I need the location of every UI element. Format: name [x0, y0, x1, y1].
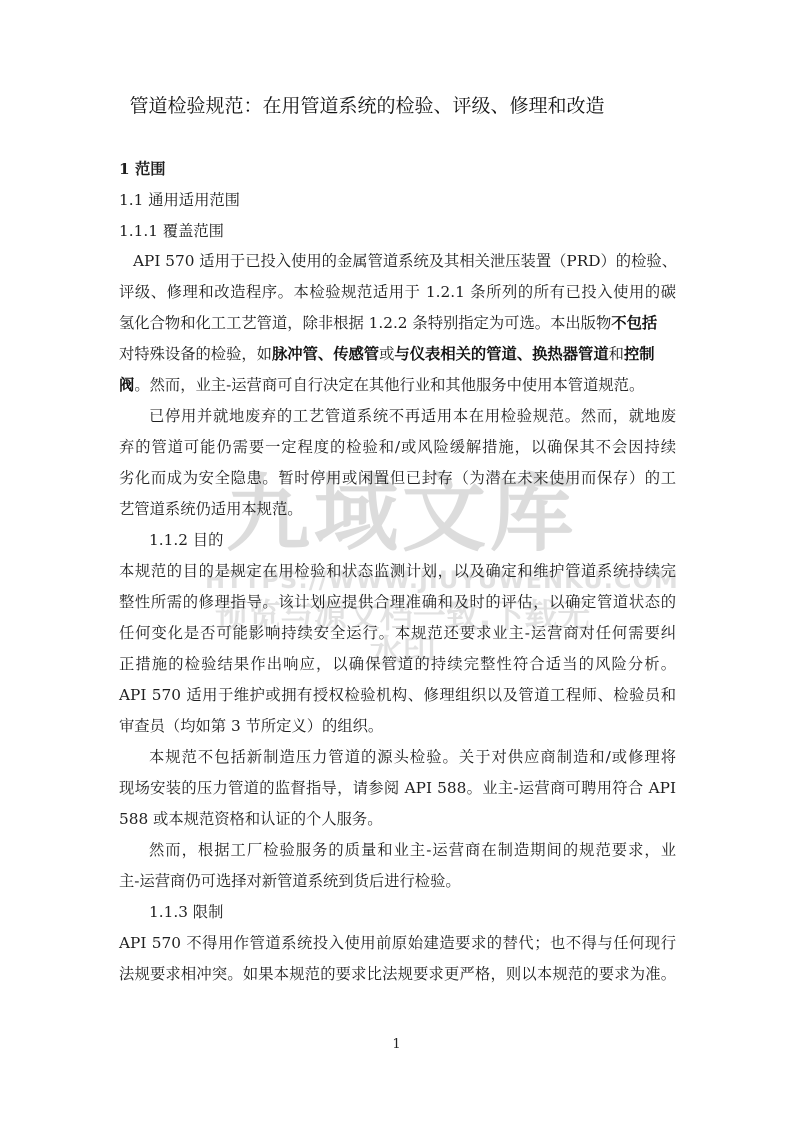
emphasis-text: 脉冲管	[272, 345, 318, 363]
paragraph-line: 对特殊设备的检验，如脉冲管、传感管或与仪表相关的管道、换热器管道和控制	[119, 344, 676, 364]
text-run: 和	[609, 345, 624, 363]
text-run: 、	[318, 345, 333, 363]
paragraph-line: 主-运营商仍可选择对新管道系统到货后进行检验。	[119, 871, 676, 891]
heading-section-1-1-2: 1.1.2 目的	[149, 530, 706, 550]
paragraph-line: 然而，根据工厂检验服务的质量和业主-运营商在制造期间的规范要求，业	[149, 840, 676, 860]
heading-section-1-1-3: 1.1.3 限制	[149, 902, 706, 922]
paragraph-line: 审查员（均如第 3 节所定义）的组织。	[119, 716, 676, 736]
paragraph-line: 已停用并就地废弃的工艺管道系统不再适用本在用检验规范。然而，就地废	[149, 406, 676, 426]
document-title: 管道检验规范：在用管道系统的检验、评级、修理和改造	[67, 94, 667, 118]
paragraph-line: API 570 适用于维护或拥有授权检验机构、修理组织以及管道工程师、检验员和	[119, 685, 676, 705]
paragraph-line: 整性所需的修理指导。该计划应提供合理准确和及时的评估，以确定管道状态的	[119, 592, 676, 612]
text-run: 。然而，业主-运营商可自行决定在其他行业和其他服务中使用本管道规范。	[134, 376, 644, 394]
emphasis-text: 与仪表相关的管道	[394, 345, 516, 363]
emphasis-text: 换热器管道	[532, 345, 609, 363]
heading-section-1-1: 1.1 通用适用范围	[119, 190, 676, 210]
paragraph-line: 弃的管道可能仍需要一定程度的检验和/或风险缓解措施，以确保其不会因持续	[119, 437, 676, 457]
page-number: 1	[0, 1037, 793, 1053]
heading-section-1-1-1: 1.1.1 覆盖范围	[119, 221, 676, 241]
paragraph-line: 艺管道系统仍适用本规范。	[119, 499, 676, 519]
document-page: 九域文库 HTTPS://WWW.JIUYUWENKU.COM 预览与源文档一致…	[0, 0, 793, 1122]
text-run: 、	[517, 345, 532, 363]
paragraph-line: 法规要求相冲突。如果本规范的要求比法规要求更严格，则以本规范的要求为准。	[119, 964, 676, 984]
paragraph-line: 本规范的目的是规定在用检验和状态监测计划，以及确定和维护管道系统持续完	[119, 561, 676, 581]
emphasis-text: 控制	[624, 345, 655, 363]
emphasis-text: 阀	[119, 376, 134, 394]
heading-section-1: 1 范围	[119, 159, 676, 179]
text-run: 或	[379, 345, 394, 363]
paragraph-line: 正措施的检验结果作出响应，以确保管道的持续完整性符合适当的风险分析。	[119, 654, 676, 674]
paragraph-line: 阀。然而，业主-运营商可自行决定在其他行业和其他服务中使用本管道规范。	[119, 375, 676, 395]
emphasis-text: 不包括	[611, 314, 657, 332]
paragraph-line: 现场安装的压力管道的监督指导，请参阅 API 588。业主-运营商可聘用符合 A…	[119, 778, 676, 798]
paragraph-line: 氢化合物和化工工艺管道，除非根据 1.2.2 条特别指定为可选。本出版物不包括	[119, 313, 676, 333]
paragraph-line: 任何变化是否可能影响持续安全运行。本规范还要求业主-运营商对任何需要纠	[119, 623, 676, 643]
paragraph-line: API 570 适用于已投入使用的金属管道系统及其相关泄压装置（PRD）的检验、	[133, 251, 676, 271]
paragraph-line: 588 或本规范资格和认证的个人服务。	[119, 809, 676, 829]
paragraph-line: 本规范不包括新制造压力管道的源头检验。关于对供应商制造和/或修理将	[149, 747, 676, 767]
paragraph-line: 劣化而成为安全隐患。暂时停用或闲置但已封存（为潜在未来使用而保存）的工	[119, 468, 676, 488]
paragraph-line: 评级、修理和改造程序。本检验规范适用于 1.2.1 条所列的所有已投入使用的碳	[119, 282, 676, 302]
emphasis-text: 传感管	[333, 345, 379, 363]
text-run: 氢化合物和化工工艺管道，除非根据 1.2.2 条特别指定为可选。本出版物	[119, 314, 611, 332]
paragraph-line: API 570 不得用作管道系统投入使用前原始建造要求的替代；也不得与任何现行	[119, 933, 676, 953]
text-run: 对特殊设备的检验，如	[119, 345, 272, 363]
